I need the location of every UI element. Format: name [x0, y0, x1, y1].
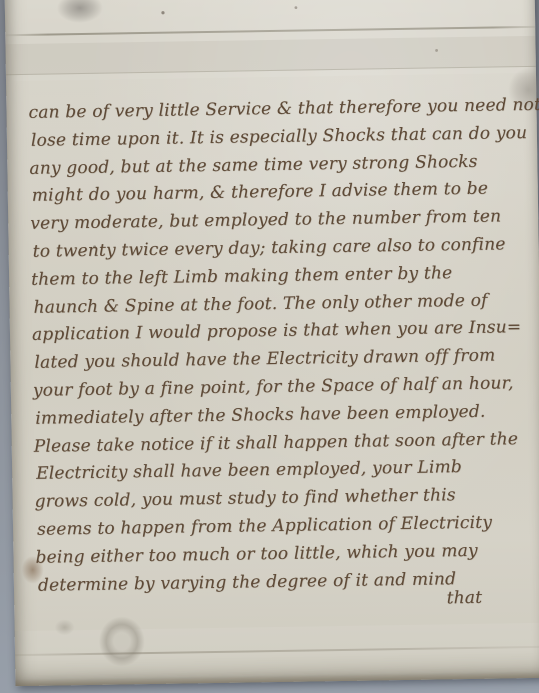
fold-band [5, 36, 535, 75]
stain-mark-top [57, 0, 103, 23]
fold-crease-top [5, 26, 535, 36]
letter-page: can be of very little Service & that the… [5, 0, 539, 686]
stain-ring-bottom [98, 616, 145, 667]
stain-mark-bottom-small [54, 619, 74, 635]
paper-bottom-edge [15, 671, 539, 686]
letter-text: can be of very little Service & that the… [28, 92, 530, 600]
fold-crease-bottom [15, 646, 539, 656]
photo-backdrop: can be of very little Service & that the… [0, 0, 539, 693]
